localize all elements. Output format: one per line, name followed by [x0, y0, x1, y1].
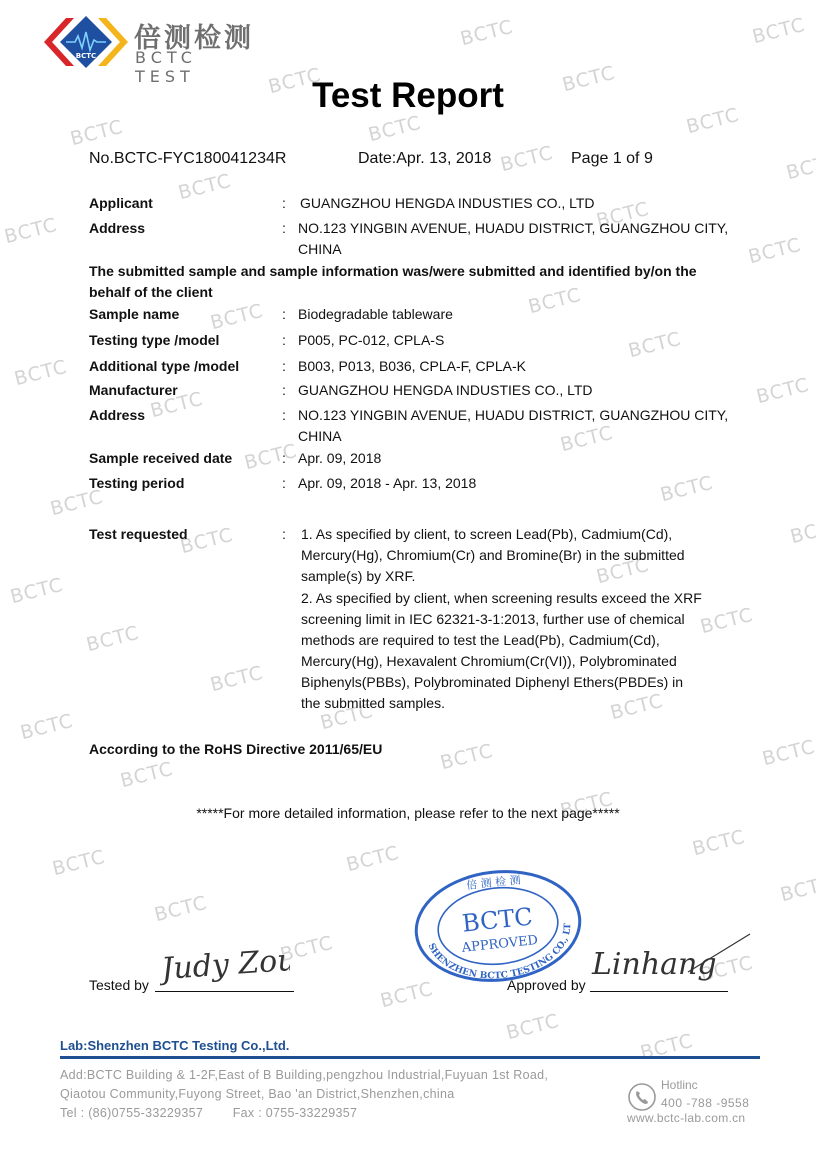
lab-address: Add:BCTC Building & 1-2F,East of B Build… [60, 1066, 548, 1123]
separator: : [282, 330, 286, 351]
watermark-text: BCTC [242, 440, 299, 474]
svg-text:Linhang: Linhang [591, 947, 717, 982]
watermark-text: BCTC [84, 622, 141, 656]
separator: : [282, 356, 286, 377]
company-logo: BCTC 倍测检测 BCTC TEST [42, 14, 262, 70]
watermark-text: BCTC [8, 574, 65, 608]
received-date-label: Sample received date [89, 448, 232, 469]
client-statement: The submitted sample and sample informat… [89, 261, 739, 303]
phone-icon [627, 1082, 657, 1112]
address-value: NO.123 YINGBIN AVENUE, HUADU DISTRICT, G… [298, 405, 738, 447]
fax: Fax : 0755-33229357 [233, 1106, 358, 1120]
test-requested-item-1: 1. As specified by client, to screen Lea… [301, 524, 706, 587]
separator: : [282, 448, 286, 469]
watermark-text: BCTC [504, 1010, 561, 1044]
additional-type-label: Additional type /model [89, 356, 239, 377]
watermark-text: BCTC [638, 1030, 695, 1064]
svg-text:BCTC: BCTC [461, 902, 534, 937]
watermark-text: BCTC [344, 842, 401, 876]
watermark-text: BCTC [208, 662, 265, 696]
approved-by-label: Approved by [507, 977, 586, 993]
testing-period-value: Apr. 09, 2018 - Apr. 13, 2018 [298, 473, 738, 494]
watermark-text: BCTC [50, 846, 107, 880]
lab-name: Lab:Shenzhen BCTC Testing Co.,Ltd. [60, 1038, 289, 1053]
svg-text:BCTC: BCTC [76, 52, 96, 60]
separator: : [282, 405, 286, 426]
address-label: Address [89, 218, 145, 239]
separator: : [282, 218, 286, 239]
approved-by-signature: Linhang [590, 920, 760, 1000]
watermark-text: BCTC [366, 112, 423, 146]
tested-by-label: Tested by [89, 977, 149, 993]
watermark-text: BCTC [498, 142, 555, 176]
watermark-text: BCTC [176, 170, 233, 204]
next-page-note: *****For more detailed information, plea… [0, 805, 816, 821]
testing-type-value: P005, PC-012, CPLA-S [298, 330, 738, 351]
rohs-directive: According to the RoHS Directive 2011/65/… [89, 739, 739, 760]
website-link[interactable]: www.bctc-lab.com.cn [627, 1111, 745, 1125]
watermark-text: BCTC [750, 14, 807, 48]
separator: : [282, 193, 286, 214]
watermark-text: BCTC [784, 150, 816, 184]
address-value: NO.123 YINGBIN AVENUE, HUADU DISTRICT, G… [298, 218, 738, 260]
watermark-text: BCTC [746, 234, 803, 268]
hotline-number: 400 -788 -9558 [661, 1096, 749, 1110]
hotline-label: Hotlinc [661, 1078, 698, 1092]
separator: : [282, 473, 286, 494]
watermark-text: BCTC [778, 872, 816, 906]
watermark-text: BCTC [12, 356, 69, 390]
additional-type-value: B003, P013, B036, CPLA-F, CPLA-K [298, 356, 738, 377]
watermark-text: BCTC [788, 514, 816, 548]
report-number: No.BCTC-FYC180041234R [89, 150, 286, 168]
watermark-text: BCTC [68, 116, 125, 150]
address-line-2: Qiaotou Community,Fuyong Street, Bao 'an… [60, 1085, 548, 1104]
testing-type-label: Testing type /model [89, 330, 219, 351]
address-label: Address [89, 405, 145, 426]
test-requested-label: Test requested [89, 524, 188, 545]
telephone: Tel : (86)0755-33229357 [60, 1106, 203, 1120]
manufacturer-label: Manufacturer [89, 380, 178, 401]
received-date-value: Apr. 09, 2018 [298, 448, 738, 469]
test-requested-item-2: 2. As specified by client, when screenin… [301, 588, 706, 714]
footer-divider [60, 1056, 760, 1059]
watermark-text: BCTC [690, 826, 747, 860]
page-indicator: Page 1 of 9 [571, 150, 653, 168]
page-title: Test Report [0, 76, 816, 116]
hotline-block: Hotlinc 400 -788 -9558 www.bctc-lab.com.… [627, 1076, 767, 1128]
watermark-text: BCTC [458, 16, 515, 50]
separator: : [282, 304, 286, 325]
watermark-text: BCTC [118, 758, 175, 792]
testing-period-label: Testing period [89, 473, 184, 494]
watermark-text: BCTC [760, 736, 816, 770]
report-date: Date:Apr. 13, 2018 [358, 150, 491, 168]
watermark-text: BCTC [754, 374, 811, 408]
svg-text:Judy Zou: Judy Zou [160, 943, 290, 988]
sample-name-value: Biodegradable tableware [298, 304, 738, 325]
manufacturer-value: GUANGZHOU HENGDA INDUSTIES CO., LTD [298, 380, 738, 401]
sample-name-label: Sample name [89, 304, 179, 325]
tested-by-signature: Judy Zou [160, 935, 290, 1005]
bctc-logo-icon: BCTC [42, 14, 130, 70]
approval-stamp: 倍 测 检 测 BCTC APPROVED SHENZHEN BCTC TEST… [412, 866, 584, 986]
watermark-text: BCTC [18, 710, 75, 744]
applicant-value: GUANGZHOU HENGDA INDUSTIES CO., LTD [300, 193, 740, 214]
contact-line: Tel : (86)0755-33229357 Fax : 0755-33229… [60, 1104, 548, 1123]
watermark-text: BCTC [2, 214, 59, 248]
separator: : [282, 380, 286, 401]
watermark-text: BCTC [698, 604, 755, 638]
applicant-label: Applicant [89, 193, 153, 214]
separator: : [282, 524, 286, 545]
watermark-text: BCTC [152, 892, 209, 926]
address-line-1: Add:BCTC Building & 1-2F,East of B Build… [60, 1066, 548, 1085]
